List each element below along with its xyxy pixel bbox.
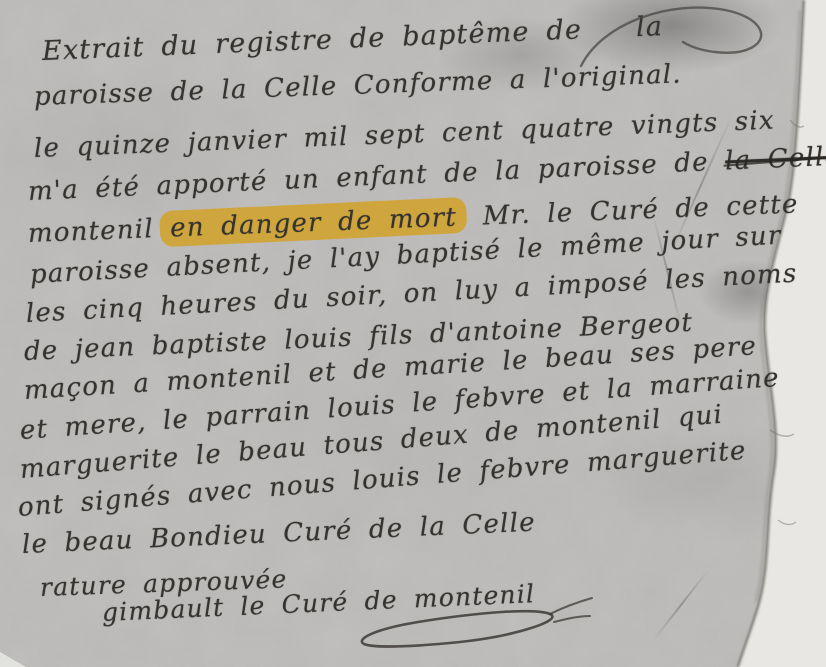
line-1-tail: la (635, 11, 663, 43)
highlight-marker: en danger de mort (170, 203, 458, 244)
line-1-gap (582, 36, 636, 38)
line-2-text: paroisse de la Celle Conforme a l'origin… (33, 59, 682, 112)
manuscript-line-1: Extrait du registre de baptême dela (41, 11, 663, 67)
scanned-manuscript-page: Extrait du registre de baptême dela paro… (0, 0, 826, 667)
line-1-text: Extrait du registre de baptême de (41, 14, 582, 67)
manuscript-text: Extrait du registre de baptême dela paro… (0, 0, 826, 667)
struck-text: la Celle (725, 142, 826, 177)
manuscript-line-2: paroisse de la Celle Conforme a l'origin… (33, 59, 682, 112)
line-5-pre: montenil (27, 214, 170, 249)
